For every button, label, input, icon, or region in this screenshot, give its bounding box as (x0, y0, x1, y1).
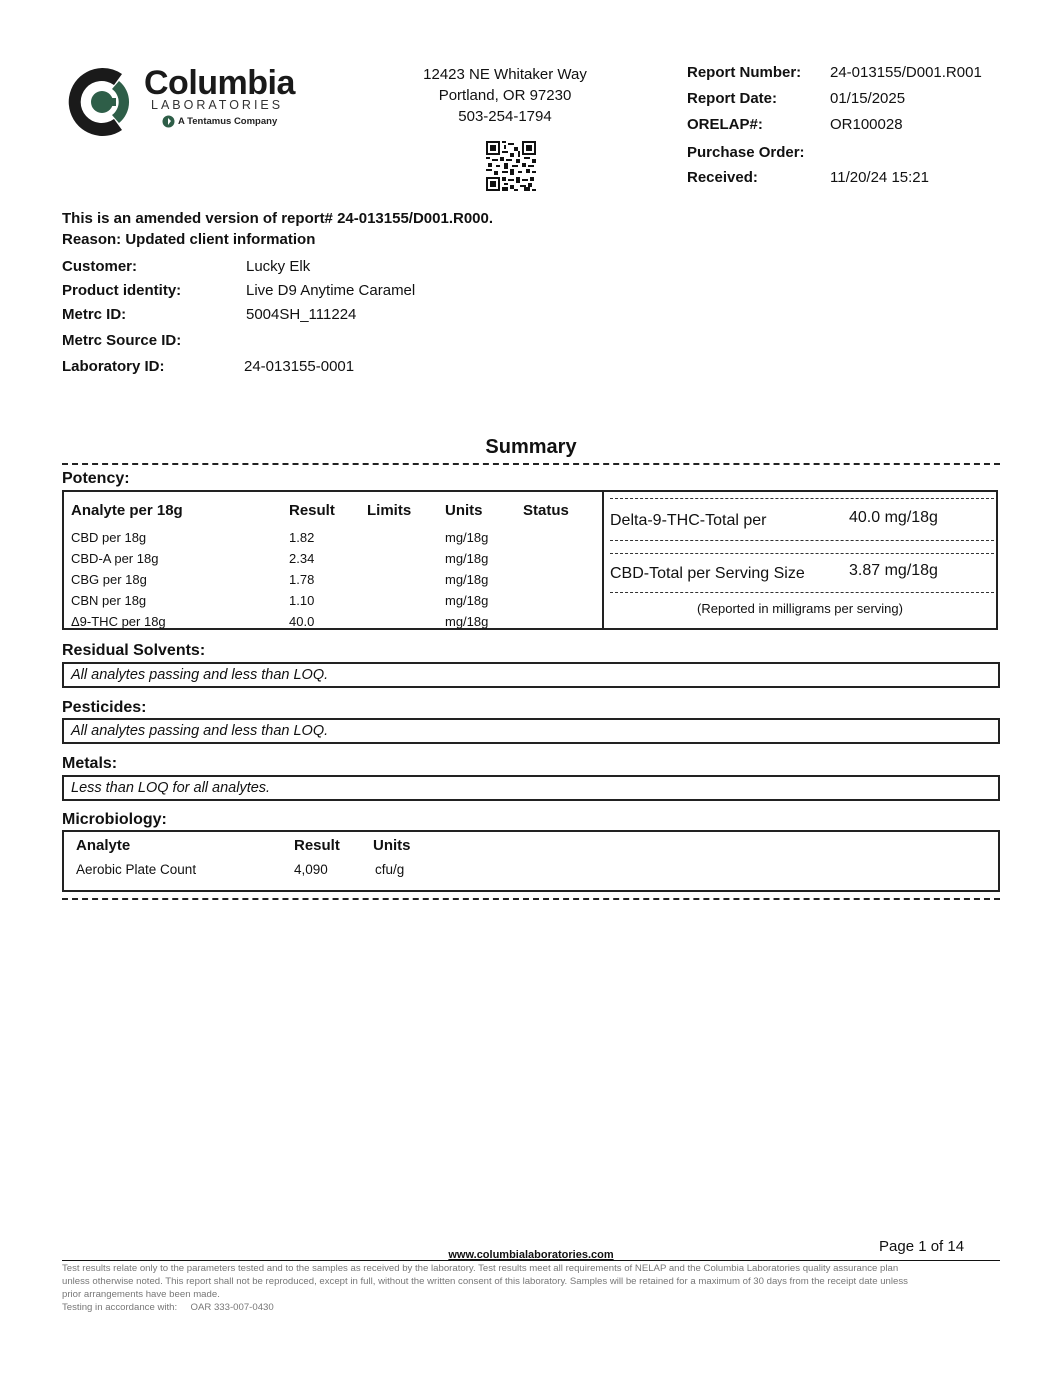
divider (62, 463, 1000, 465)
potency-analyte: Δ9-THC per 18g (71, 614, 166, 629)
address-phone: 503-254-1794 (400, 106, 610, 127)
potency-result: 40.0 (289, 614, 314, 629)
qr-code-icon[interactable] (486, 141, 536, 191)
potency-table: Analyte per 18g Result Limits Units Stat… (62, 490, 998, 630)
disclaimer-line: prior arrangements have been made. (62, 1288, 997, 1301)
microbiology-heading: Microbiology: (62, 811, 167, 829)
logo-subtitle: LABORATORIES (151, 98, 283, 112)
potency-analyte: CBG per 18g (71, 572, 147, 587)
potency-analyte: CBD per 18g (71, 530, 146, 545)
metals-heading: Metals: (62, 755, 117, 773)
col-analyte: Analyte per 18g (71, 502, 183, 519)
potency-totals: Delta-9-THC-Total per 40.0 mg/18g CBD-To… (604, 492, 996, 628)
potency-heading: Potency: (62, 470, 130, 488)
col-units: Units (373, 837, 411, 854)
potency-units: mg/18g (445, 530, 488, 545)
disclaimer-line: Test results relate only to the paramete… (62, 1262, 997, 1275)
pesticides-result: All analytes passing and less than LOQ. (62, 718, 1000, 744)
amendment-reason: Reason: Updated client information (62, 229, 493, 250)
divider (610, 540, 994, 541)
disclaimer: Test results relate only to the paramete… (62, 1262, 997, 1314)
disclaimer-line: unless otherwise noted. This report shal… (62, 1275, 997, 1288)
totals-note: (Reported in milligrams per serving) (604, 601, 996, 616)
potency-result: 1.78 (289, 572, 314, 587)
potency-result: 2.34 (289, 551, 314, 566)
divider (62, 898, 1000, 900)
col-result: Result (289, 502, 335, 519)
potency-units: mg/18g (445, 572, 488, 587)
lab-address: 12423 NE Whitaker Way Portland, OR 97230… (400, 64, 610, 127)
address-street: 12423 NE Whitaker Way (400, 64, 610, 85)
col-limits: Limits (367, 502, 411, 519)
amendment-line: This is an amended version of report# 24… (62, 208, 493, 229)
potency-result: 1.10 (289, 593, 314, 608)
col-analyte: Analyte (76, 837, 130, 854)
pesticides-heading: Pesticides: (62, 699, 146, 717)
divider (610, 553, 994, 554)
total-cbd-value: 3.87 mg/18g (849, 562, 938, 580)
summary-title: Summary (0, 436, 1062, 459)
total-thc-label: Delta-9-THC-Total per (610, 512, 766, 530)
residual-solvents-result: All analytes passing and less than LOQ. (62, 662, 1000, 688)
potency-analytes: Analyte per 18g Result Limits Units Stat… (64, 492, 604, 628)
divider (610, 592, 994, 593)
potency-units: mg/18g (445, 551, 488, 566)
micro-result: 4,090 (294, 862, 328, 877)
micro-analyte: Aerobic Plate Count (76, 862, 196, 877)
address-city: Portland, OR 97230 (400, 85, 610, 106)
potency-analyte: CBN per 18g (71, 593, 146, 608)
potency-analyte: CBD-A per 18g (71, 551, 158, 566)
tentamus-icon (162, 115, 175, 128)
amendment-notice: This is an amended version of report# 24… (62, 208, 493, 250)
divider (610, 498, 994, 499)
microbiology-table: Analyte Result Units Aerobic Plate Count… (62, 830, 1000, 892)
testing-standard: Testing in accordance with: OAR 333-007-… (62, 1301, 997, 1314)
company-logo: Columbia LABORATORIES A Tentamus Company (64, 62, 304, 142)
col-result: Result (294, 837, 340, 854)
total-thc-value: 40.0 mg/18g (849, 509, 938, 527)
total-cbd-label: CBD-Total per Serving Size (610, 565, 805, 583)
columbia-c-logo-icon (64, 64, 140, 140)
col-status: Status (523, 502, 569, 519)
residual-solvents-heading: Residual Solvents: (62, 642, 205, 660)
col-units: Units (445, 502, 483, 519)
potency-result: 1.82 (289, 530, 314, 545)
micro-units: cfu/g (375, 862, 404, 877)
metals-result: Less than LOQ for all analytes. (62, 775, 1000, 801)
potency-units: mg/18g (445, 593, 488, 608)
logo-tagline: A Tentamus Company (178, 116, 277, 127)
potency-units: mg/18g (445, 614, 488, 629)
footer-rule (62, 1260, 1000, 1261)
